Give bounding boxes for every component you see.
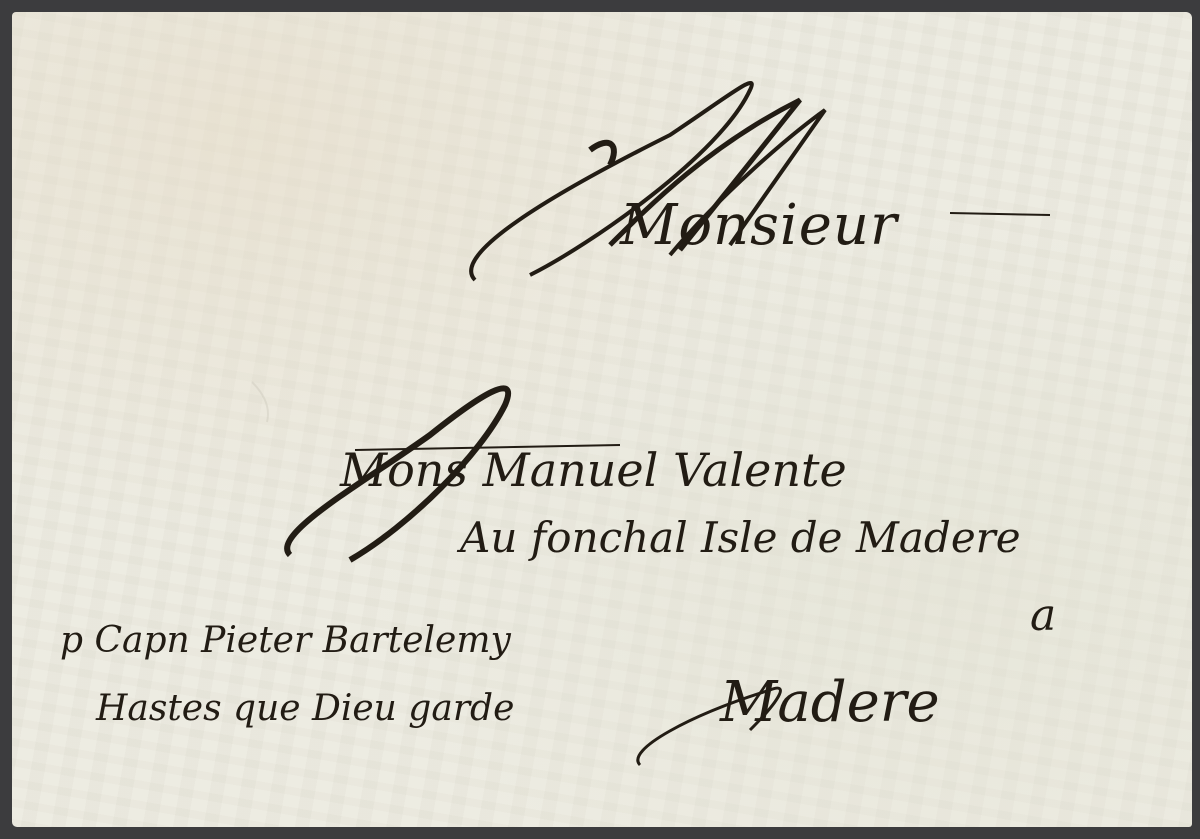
routing-line-2: Hastes que Dieu garde xyxy=(96,688,514,729)
address-line-2: Au fonchal Isle de Madere xyxy=(460,513,1021,562)
address-line-1: Mons Manuel Valente xyxy=(340,443,847,497)
address-connector: a xyxy=(1030,590,1056,641)
routing-endorsement: p Capn Pieter Bartelemy Hastes que Dieu … xyxy=(60,610,640,800)
routing-line-1: p Capn Pieter Bartelemy xyxy=(60,620,511,661)
salutation-text: Monsieur xyxy=(620,193,898,258)
address-block: Mons Manuel Valente Au fonchal Isle de M… xyxy=(280,375,1180,595)
salutation: Monsieur xyxy=(470,75,1070,295)
flourish-capital-m xyxy=(470,75,1070,295)
destination-text: Madere xyxy=(720,670,940,735)
destination: Madere xyxy=(630,660,1050,770)
